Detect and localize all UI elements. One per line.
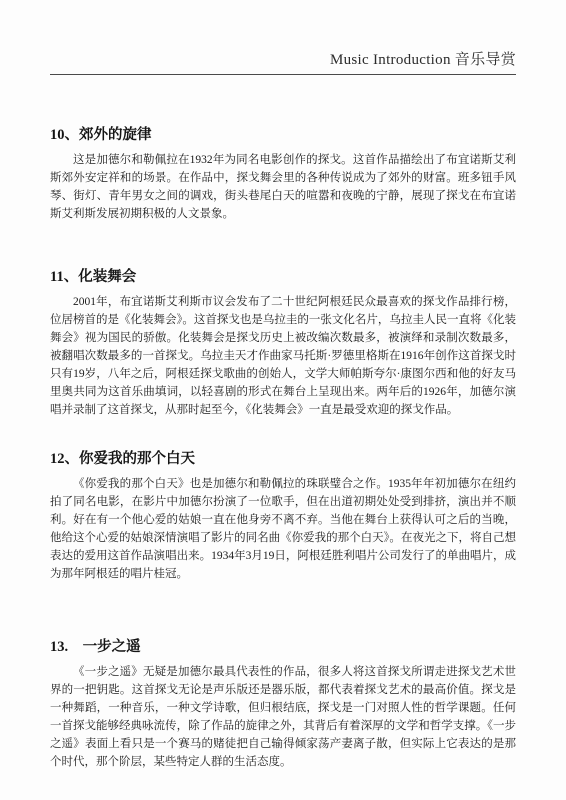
page-header: Music Introduction 音乐导赏 — [50, 0, 516, 75]
header-rule — [50, 74, 516, 75]
content-column: Music Introduction 音乐导赏 10、郊外的旋律 这是加德尔和勒… — [50, 0, 516, 771]
section-13-heading: 13. 一步之遥 — [50, 637, 516, 657]
section-12-heading: 12、你爱我的那个白天 — [50, 449, 516, 469]
section-10-suburb-melody: 10、郊外的旋律 这是加德尔和勒佩拉在1932年为同名电影创作的探戈。这首作品描… — [50, 125, 516, 223]
section-10-paragraph: 这是加德尔和勒佩拉在1932年为同名电影创作的探戈。这首作品描绘出了布宜诺斯艾利… — [50, 151, 516, 223]
section-11-masquerade-ball: 11、化装舞会 2001年，布宜诺斯艾利斯市议会发布了二十世纪阿根廷民众最喜欢的… — [50, 267, 516, 419]
running-head-title: Music Introduction 音乐导赏 — [50, 48, 516, 74]
section-10-heading: 10、郊外的旋律 — [50, 125, 516, 145]
section-11-heading: 11、化装舞会 — [50, 267, 516, 287]
section-13-por-una-cabeza: 13. 一步之遥 《一步之遥》无疑是加德尔最具代表性的作品，很多人将这首探戈所谓… — [50, 637, 516, 771]
section-12-paragraph: 《你爱我的那个白天》也是加德尔和勒佩拉的珠联璧合之作。1935年年初加德尔在纽约… — [50, 475, 516, 583]
section-11-paragraph: 2001年，布宜诺斯艾利斯市议会发布了二十世纪阿根廷民众最喜欢的探戈作品排行榜，… — [50, 293, 516, 419]
section-13-paragraph: 《一步之遥》无疑是加德尔最具代表性的作品，很多人将这首探戈所谓走进探戈艺术世界的… — [50, 663, 516, 771]
book-page: Music Introduction 音乐导赏 10、郊外的旋律 这是加德尔和勒… — [0, 0, 566, 800]
section-12-the-day-you-loved-me: 12、你爱我的那个白天 《你爱我的那个白天》也是加德尔和勒佩拉的珠联璧合之作。1… — [50, 449, 516, 583]
